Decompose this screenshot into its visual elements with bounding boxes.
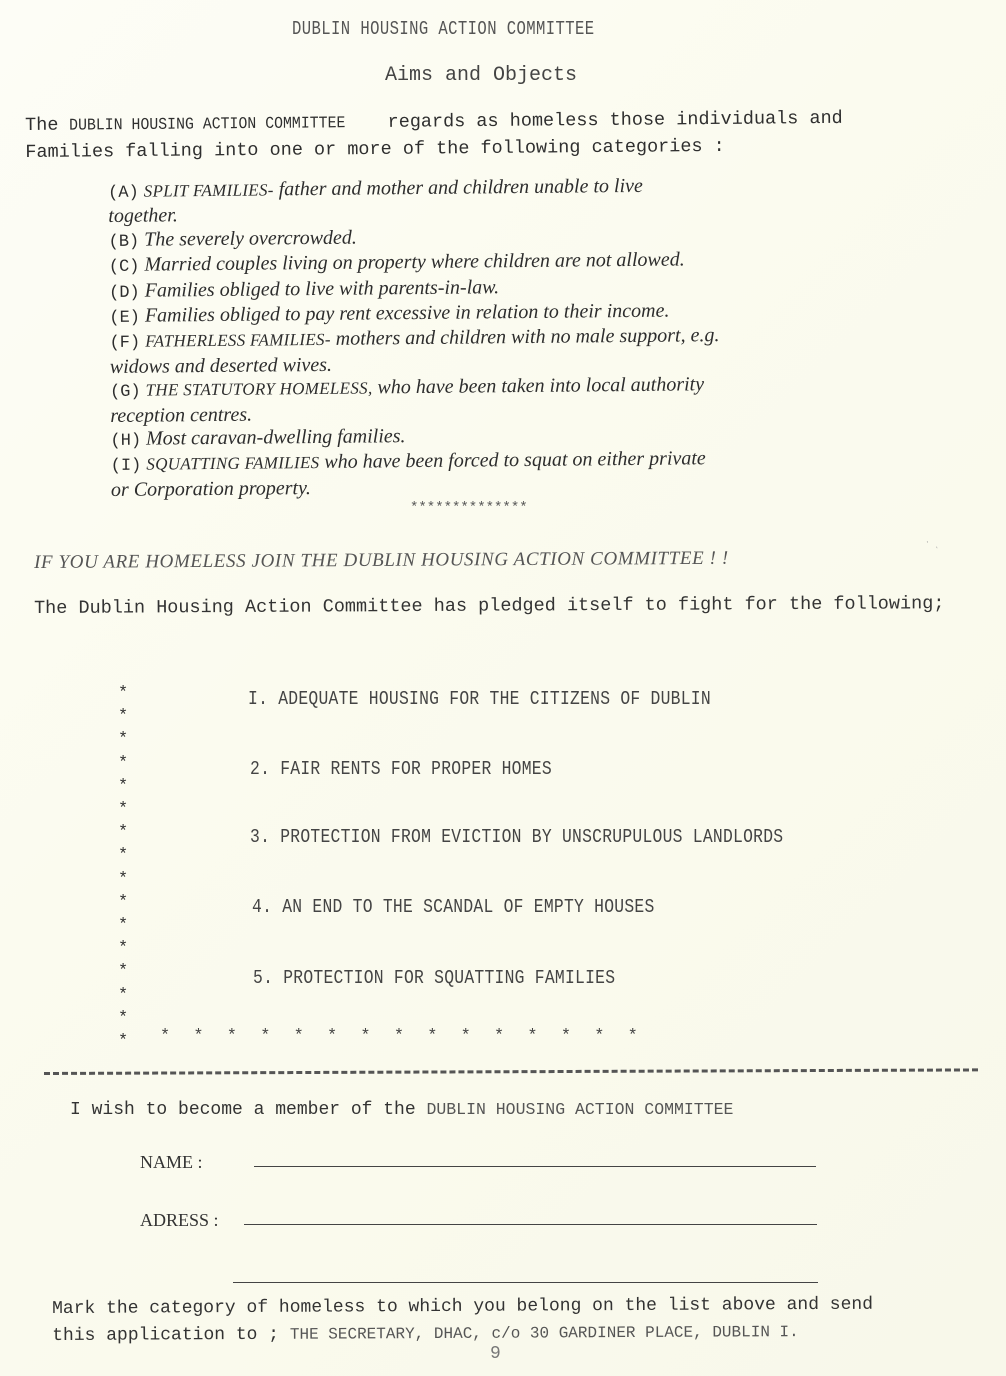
document-subtitle: Aims and Objects xyxy=(385,64,577,87)
membership-prefix: I wish to become a member of the xyxy=(70,1100,426,1120)
border-star: * xyxy=(118,937,128,960)
border-star: * xyxy=(118,705,128,728)
category-heading: SPLIT FAMILIES- xyxy=(144,180,274,200)
category-letter: (F) xyxy=(109,334,140,353)
border-star: * xyxy=(118,682,128,705)
asterisk-separator: ************** xyxy=(410,500,528,516)
category-letter: (B) xyxy=(109,233,140,252)
category-letter: (I) xyxy=(111,457,142,476)
category-text: mothers and children with no male suppor… xyxy=(331,325,720,351)
category-text: Married couples living on property where… xyxy=(139,249,684,276)
border-star: * xyxy=(118,798,128,821)
category-heading: THE STATUTORY HOMELESS, xyxy=(146,379,373,400)
homeless-categories-list: (A) SPLIT FAMILIES- father and mother an… xyxy=(108,174,721,502)
join-call-to-action: IF YOU ARE HOMELESS JOIN THE DUBLIN HOUS… xyxy=(34,548,729,574)
instructions-line-1: Mark the category of homeless to which y… xyxy=(52,1292,873,1323)
border-star: * xyxy=(118,844,128,867)
goal-item: 3. PROTECTION FROM EVICTION BY UNSCRUPUL… xyxy=(250,826,783,848)
border-star: * xyxy=(118,868,128,891)
border-star: * xyxy=(118,914,128,937)
application-instructions: Mark the category of homeless to which y… xyxy=(52,1292,873,1350)
star-border-column: **************** xyxy=(118,682,128,1053)
goal-item: 5. PROTECTION FOR SQUATTING FAMILIES xyxy=(253,967,615,989)
category-letter: (H) xyxy=(110,432,141,451)
category-letter: (C) xyxy=(109,258,140,277)
category-letter: (A) xyxy=(108,184,139,203)
name-field[interactable] xyxy=(254,1166,816,1167)
border-star: * xyxy=(118,984,128,1007)
category-heading: SQUATTING FAMILIES xyxy=(146,453,319,474)
document-title: DUBLIN HOUSING ACTION COMMITTEE xyxy=(292,18,595,40)
intro-suffix: regards as homeless those individuals an… xyxy=(376,108,842,133)
intro-org-name: DUBLIN HOUSING ACTION COMMITTEE xyxy=(69,109,345,138)
border-star: * xyxy=(118,960,128,983)
category-text: Families obliged to pay rent excessive i… xyxy=(140,300,670,327)
category-text: Families obliged to live with parents-in… xyxy=(140,276,500,301)
category-text: who have been taken into local authority xyxy=(372,374,704,399)
cut-here-line xyxy=(44,1068,978,1075)
category-letter: (D) xyxy=(109,283,140,302)
border-star: * xyxy=(118,775,128,798)
border-star: * xyxy=(118,728,128,751)
category-letter: (G) xyxy=(110,383,141,402)
category-letter: (E) xyxy=(109,309,140,328)
goal-item: I. ADEQUATE HOUSING FOR THE CITIZENS OF … xyxy=(248,688,711,710)
category-text: who have been forced to squat on either … xyxy=(319,448,706,474)
page-number: 9 xyxy=(490,1344,501,1364)
intro-prefix: The xyxy=(25,115,70,136)
address-field[interactable] xyxy=(244,1224,817,1225)
goal-item: 2. FAIR RENTS FOR PROPER HOMES xyxy=(250,758,552,780)
category-text: Most caravan-dwelling families. xyxy=(141,425,406,450)
border-star: * xyxy=(118,891,128,914)
name-label: NAME : xyxy=(140,1152,203,1173)
category-continuation: or Corporation property. xyxy=(111,473,721,502)
intro-paragraph: The DUBLIN HOUSING ACTION COMMITTEE rega… xyxy=(25,105,843,166)
address-label: ADRESS : xyxy=(140,1210,219,1231)
document-page: DUBLIN HOUSING ACTION COMMITTEE Aims and… xyxy=(0,0,1006,1376)
membership-statement: I wish to become a member of the DUBLIN … xyxy=(70,1100,733,1120)
instructions-line-2: this application to ; THE SECRETARY, DHA… xyxy=(52,1319,873,1350)
category-text: father and mother and children unable to… xyxy=(274,175,643,201)
border-star: * xyxy=(118,1030,128,1053)
address-field-line-2[interactable] xyxy=(233,1282,818,1283)
pledge-intro: The Dublin Housing Action Committee has … xyxy=(34,593,944,619)
star-border-row: * * * * * * * * * * * * * * * xyxy=(160,1027,644,1046)
border-star: * xyxy=(118,752,128,775)
goal-item: 4. AN END TO THE SCANDAL OF EMPTY HOUSES xyxy=(252,896,655,918)
instructions-prefix: this application to ; xyxy=(52,1325,290,1346)
category-heading: FATHERLESS FAMILIES- xyxy=(145,330,331,351)
category-text: The severely overcrowded. xyxy=(139,226,357,250)
paper-speck: ` ` xyxy=(921,540,940,557)
border-star: * xyxy=(118,1007,128,1030)
border-star: * xyxy=(118,821,128,844)
secretary-address: THE SECRETARY, DHAC, c/o 30 GARDINER PLA… xyxy=(290,1323,799,1344)
membership-org-name: DUBLIN HOUSING ACTION COMMITTEE xyxy=(426,1100,733,1119)
